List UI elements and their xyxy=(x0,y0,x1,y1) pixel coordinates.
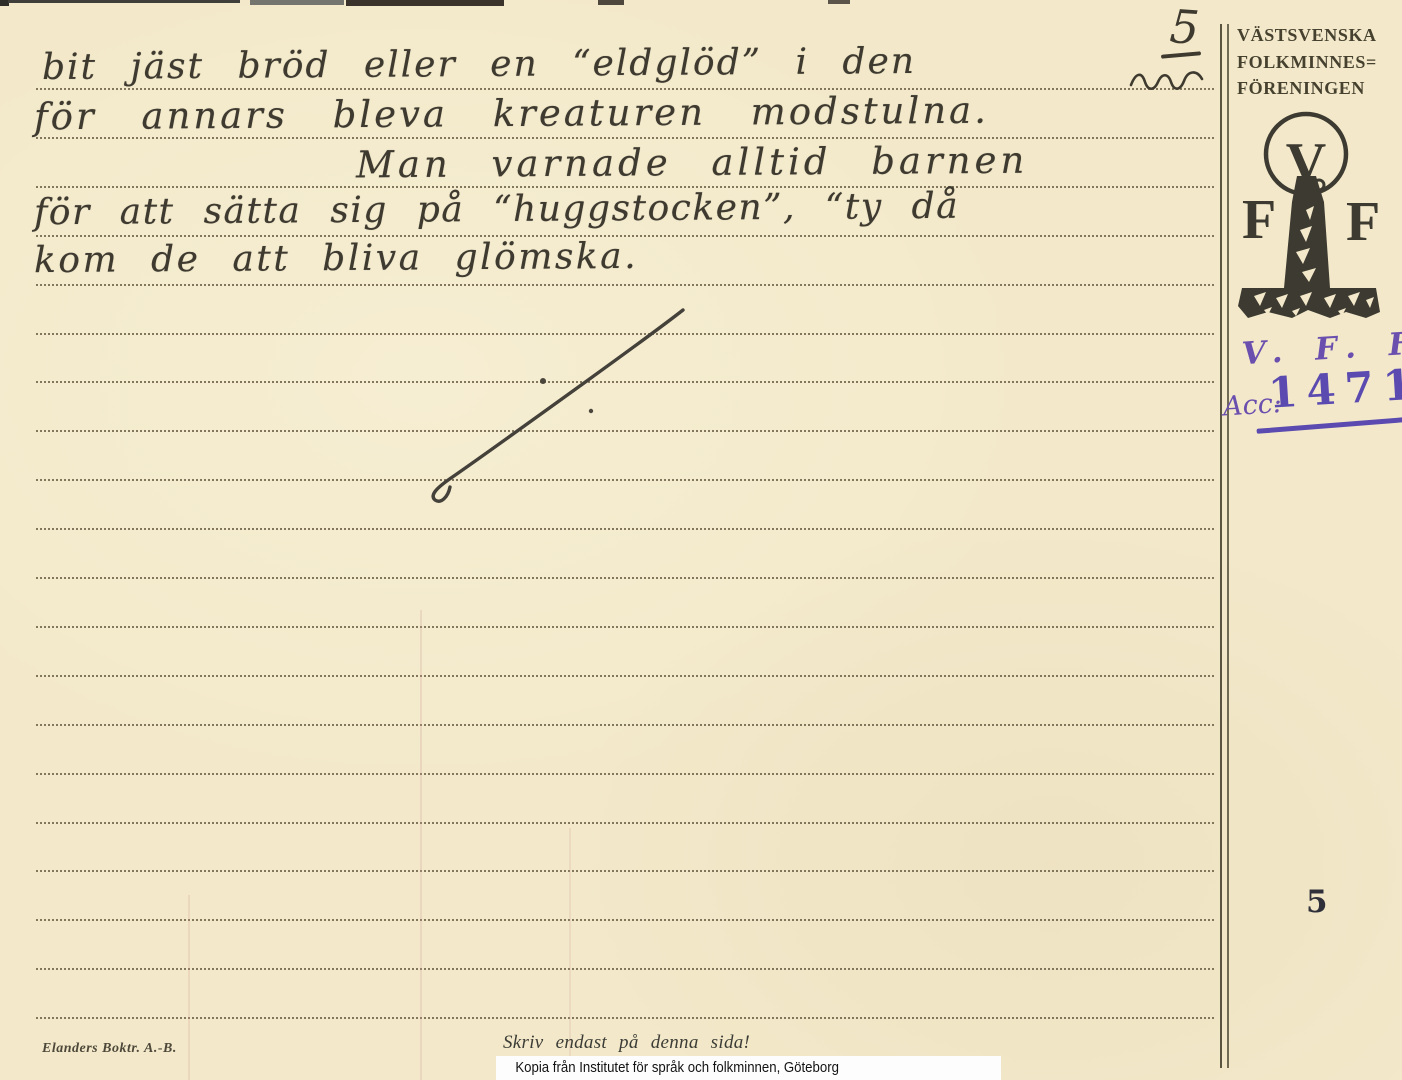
ruled-line xyxy=(36,137,1214,139)
page-number-underline-stroke xyxy=(1161,51,1201,58)
ruled-line xyxy=(36,870,1214,872)
thors-hammer-logo: V F F xyxy=(1234,106,1384,338)
scan-artifact xyxy=(598,0,624,5)
handwritten-page-number: 5 xyxy=(1168,0,1201,55)
handwritten-line-4: för att sätta sig på “huggstocken”, “ty … xyxy=(34,186,959,233)
scan-artifact xyxy=(250,0,344,5)
archive-watermark-text: Kopia från Institutet för språk och folk… xyxy=(496,1056,940,1080)
handwritten-line-1: bit jäst bröd eller en “eldglöd” i den xyxy=(42,41,916,88)
paper-crease xyxy=(420,610,422,1080)
stamp-underline xyxy=(1256,417,1402,434)
handwritten-line-2: för annars bleva kreaturen modstulna. xyxy=(34,89,989,139)
ink-speck xyxy=(589,409,593,413)
accession-stamp: V. F. F. Acc: 1471 xyxy=(1219,327,1402,446)
association-name-line: FÖRENINGEN xyxy=(1237,75,1399,102)
association-name-line: FOLKMINNES= xyxy=(1237,49,1399,76)
ruled-line xyxy=(36,284,1214,286)
ruled-line xyxy=(36,968,1214,970)
printer-credit: Elanders Boktr. A.-B. xyxy=(42,1041,177,1057)
ruled-line xyxy=(36,626,1214,628)
scan-artifact xyxy=(346,0,504,6)
ruled-line xyxy=(36,822,1214,824)
pen-squiggle-stroke xyxy=(1128,62,1206,92)
ruled-line xyxy=(36,675,1214,677)
logo-letter-f-left: F xyxy=(1242,189,1276,251)
stamp-acc-number: 1471 xyxy=(1267,359,1402,417)
sidebar-divider-line xyxy=(1220,24,1222,1068)
printed-page-number: 5 xyxy=(1306,884,1328,920)
handwritten-line-5: kom de att bliva glömska. xyxy=(34,236,638,281)
handwritten-line-3: Man varnade alltid barnen xyxy=(356,139,1029,187)
write-only-instruction: Skriv endast på denna sida! xyxy=(503,1032,750,1054)
ruled-line xyxy=(36,577,1214,579)
ink-speck xyxy=(540,378,546,384)
scanned-record-card: bit jäst bröd eller en “eldglöd” i den f… xyxy=(0,0,1402,1080)
diagonal-pen-stroke xyxy=(415,298,707,518)
paper-crease xyxy=(188,895,190,1080)
ruled-line xyxy=(36,773,1214,775)
ruled-line xyxy=(36,919,1214,921)
association-name: VÄSTSVENSKA FOLKMINNES= FÖRENINGEN xyxy=(1237,22,1399,102)
ruled-line xyxy=(36,88,1214,90)
logo-letter-f-right: F xyxy=(1346,191,1380,253)
ruled-line xyxy=(36,528,1214,530)
association-name-line: VÄSTSVENSKA xyxy=(1237,22,1399,49)
sidebar-divider-line xyxy=(1227,24,1229,1068)
scan-artifact xyxy=(8,0,240,3)
ruled-line xyxy=(36,1017,1214,1019)
archive-watermark-bar: Kopia från Institutet för språk och folk… xyxy=(496,1056,1001,1080)
scan-artifact xyxy=(828,0,850,4)
ruled-line xyxy=(36,724,1214,726)
